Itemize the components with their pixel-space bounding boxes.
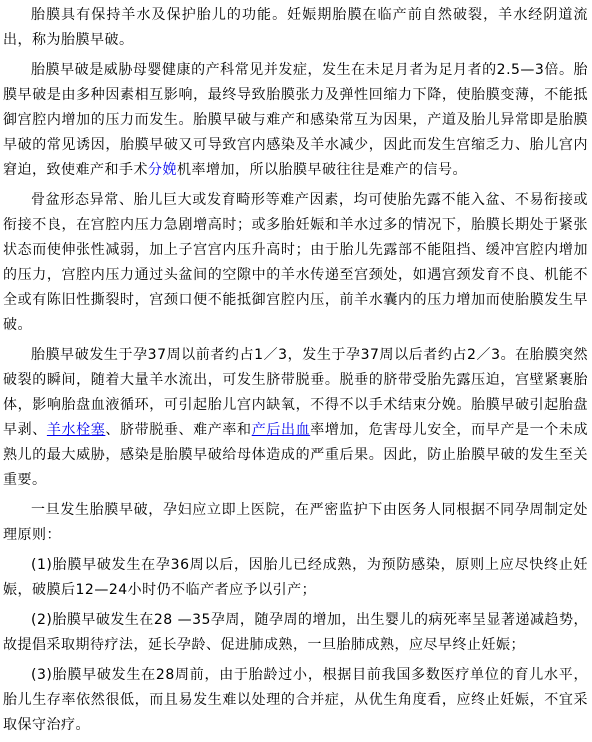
paragraph-management-intro: 一旦发生胎膜早破，孕妇应立即上医院，在严密监护下由医务人同根据不同孕周制定处理原… [3,498,588,548]
paragraph-text: 机率增加，所以胎膜早破往往是难产的信号。 [177,162,467,178]
inline-link-yangshuisuansai[interactable]: 羊水栓塞 [47,422,106,438]
article-body: 胎膜具有保持羊水及保护胎儿的功能。妊娠期胎膜在临产前自然破裂，羊水经阴道流出，称… [0,0,592,742]
paragraph-rule-1: (1)胎膜早破发生在孕36周以后，因胎儿已经成熟，为预防感染，原则上应尽快终止妊… [3,553,588,603]
paragraph-rule-3: (3)胎膜早破发生在28周前，由于胎龄过小，根据目前我国多数医疗单位的育儿水平，… [3,663,588,738]
paragraph-text: 、脐带脱垂、难产率和 [105,422,251,438]
paragraph-text: 胎膜具有保持羊水及保护胎儿的功能。妊娠期胎膜在临产前自然破裂，羊水经阴道流出，称… [3,7,588,48]
paragraph-text: 骨盆形态异常、胎儿巨大或发育畸形等难产因素，均可使胎先露不能入盆、不易衔接或衔接… [3,192,588,333]
paragraph-rule-2: (2)胎膜早破发生在28 —35孕周，随孕周的增加，出生婴儿的病死率呈显著递减趋… [3,608,588,658]
paragraph-text: (2)胎膜早破发生在28 —35孕周，随孕周的增加，出生婴儿的病死率呈显著递减趋… [3,612,588,653]
paragraph-causes: 骨盆形态异常、胎儿巨大或发育畸形等难产因素，均可使胎先露不能入盆、不易衔接或衔接… [3,188,588,338]
inline-link-chanhouchuxue[interactable]: 产后出血 [252,422,311,438]
paragraph-text: 胎膜早破是威胁母婴健康的产科常见并发症，发生在未足月者为足月者的2.5—3倍。胎… [3,62,588,178]
paragraph-intro: 胎膜具有保持羊水及保护胎儿的功能。妊娠期胎膜在临产前自然破裂，羊水经阴道流出，称… [3,3,588,53]
paragraph-text: (3)胎膜早破发生在28周前，由于胎龄过小，根据目前我国多数医疗单位的育儿水平，… [3,667,588,733]
paragraph-statistics-risks: 胎膜早破发生于孕37周以前者约占1／3，发生于孕37周以后者约占2／3。在胎膜突… [3,343,588,493]
paragraph-text: (1)胎膜早破发生在孕36周以后，因胎儿已经成熟，为预防感染，原则上应尽快终止妊… [3,557,588,598]
paragraph-complication-overview: 胎膜早破是威胁母婴健康的产科常见并发症，发生在未足月者为足月者的2.5—3倍。胎… [3,58,588,183]
inline-link-fenmian[interactable]: 分娩 [148,162,177,178]
paragraph-text: 一旦发生胎膜早破，孕妇应立即上医院，在严密监护下由医务人同根据不同孕周制定处理原… [3,502,588,543]
